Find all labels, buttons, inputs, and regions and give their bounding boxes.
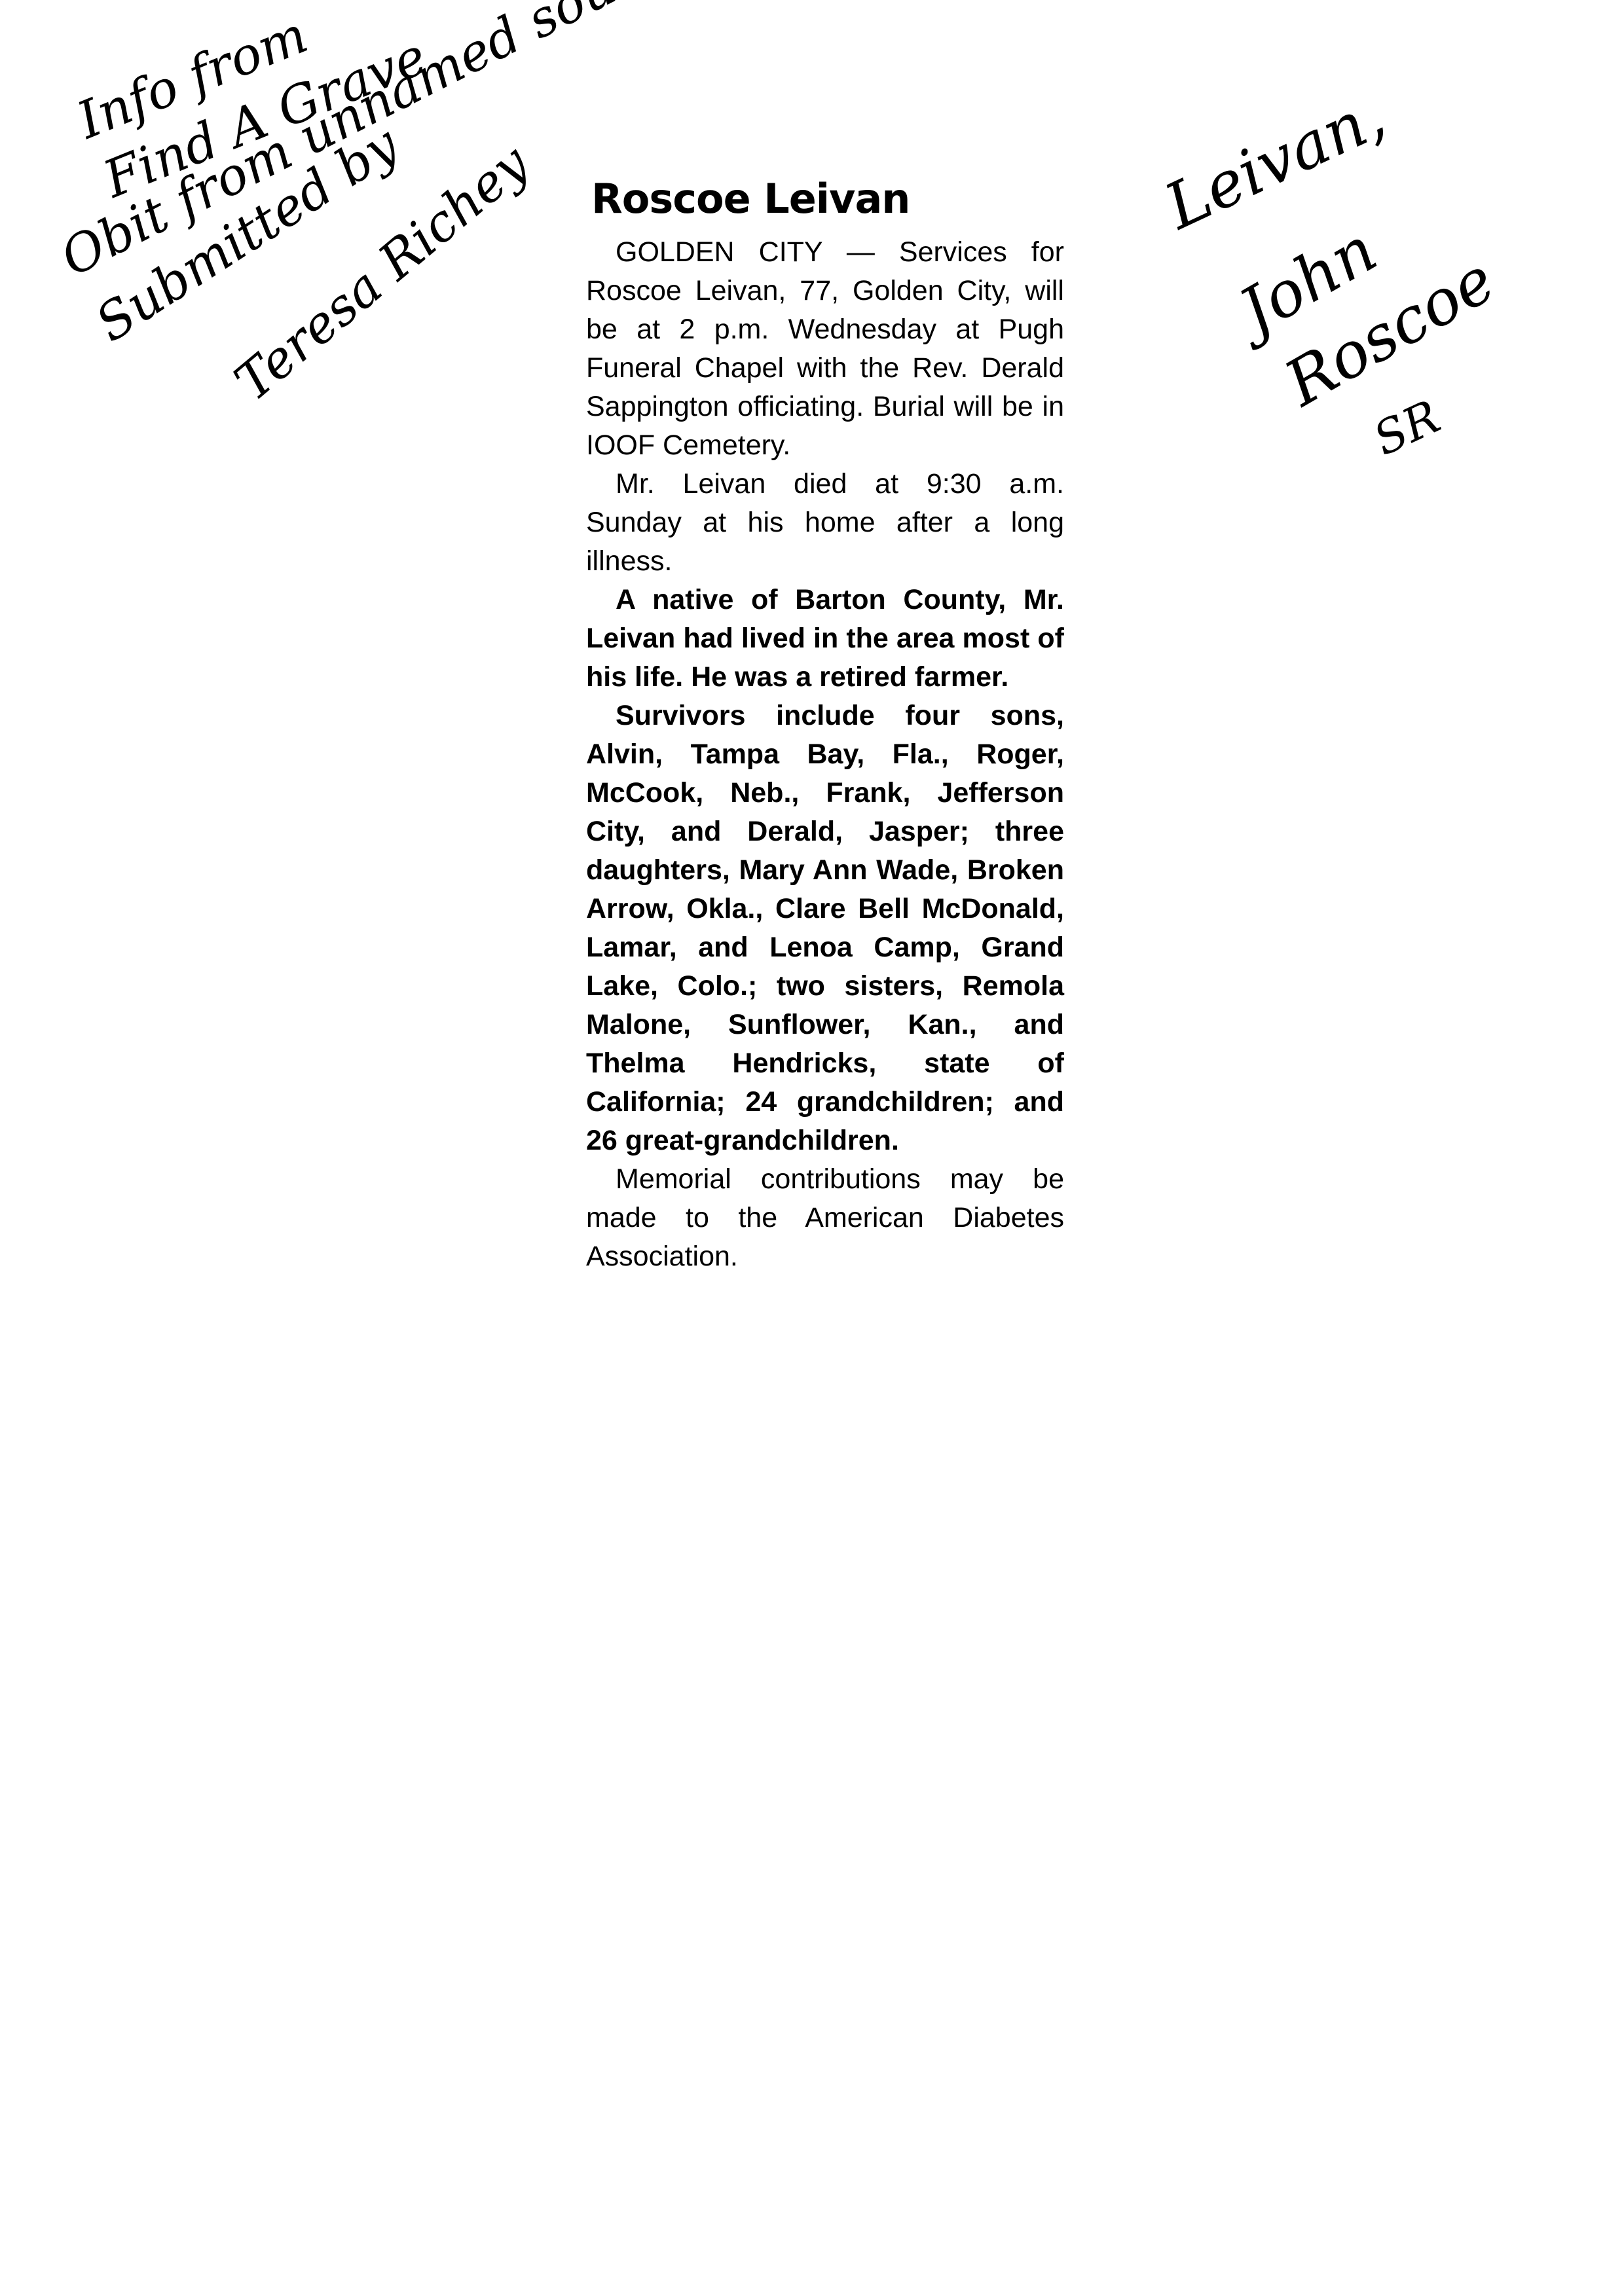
paragraph-death: Mr. Leivan died at 9:30 a.m. Sunday at h…: [586, 465, 1064, 581]
paragraph-memorial: Memorial contributions may be made to th…: [586, 1160, 1064, 1276]
handwritten-line: Leivan,: [1154, 79, 1396, 244]
obituary-body: GOLDEN CITY — Services for Roscoe Leivan…: [586, 233, 1064, 1276]
paragraph-biography: A native of Barton County, Mr. Leivan ha…: [586, 581, 1064, 697]
obituary-clipping: Roscoe Leivan GOLDEN CITY — Services for…: [586, 177, 1064, 1276]
paragraph-services: GOLDEN CITY — Services for Roscoe Leivan…: [586, 233, 1064, 465]
paragraph-survivors: Survivors include four sons, Alvin, Tamp…: [586, 697, 1064, 1160]
obituary-headline: Roscoe Leivan: [591, 177, 1064, 221]
handwritten-line: SR: [1365, 390, 1448, 466]
